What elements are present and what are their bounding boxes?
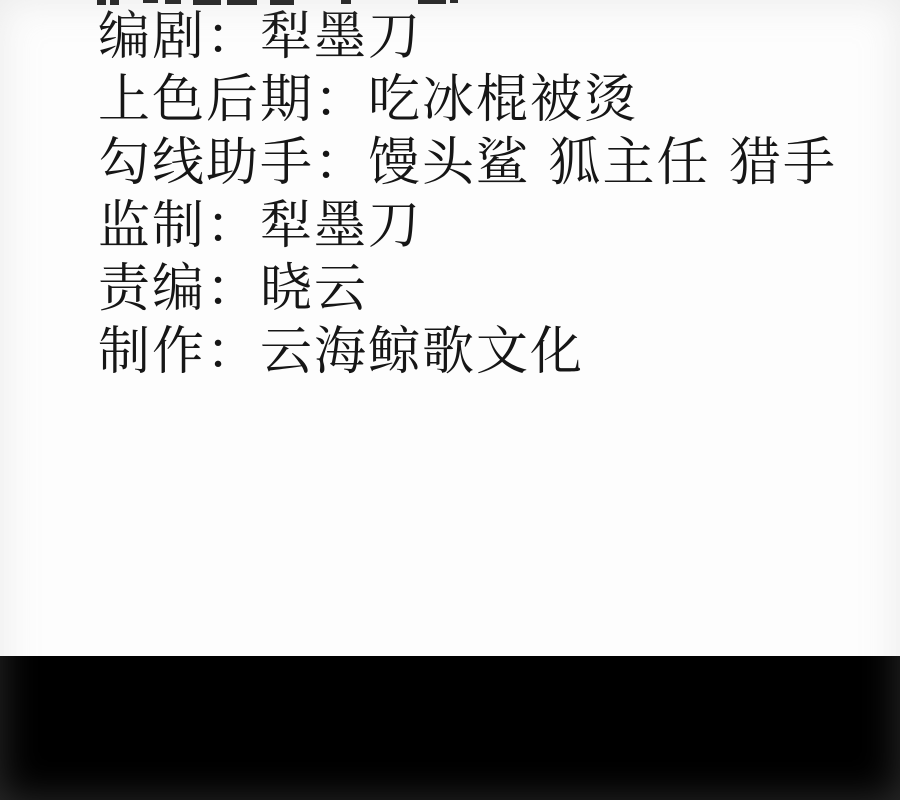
stroke-fragment [341, 0, 351, 4]
credit-line-production: 制作：云海鲸歌文化 [98, 321, 837, 384]
stroke-fragment [143, 0, 158, 3]
stroke-fragment [270, 0, 294, 5]
stroke-fragment [418, 0, 446, 4]
credits-list: 编剧：犁墨刀 上色后期：吃冰棍被烫 勾线助手：馒头鲨 狐主任 猎手 监制：犁墨刀… [98, 6, 837, 384]
bottom-black-band [0, 656, 900, 800]
credit-line-inking: 勾线助手：馒头鲨 狐主任 猎手 [98, 132, 837, 195]
stroke-fragment [165, 0, 181, 4]
credit-line-screenwriter: 编剧：犁墨刀 [98, 6, 837, 69]
credits-page: 编剧：犁墨刀 上色后期：吃冰棍被烫 勾线助手：馒头鲨 狐主任 猎手 监制：犁墨刀… [0, 0, 900, 800]
credit-line-coloring: 上色后期：吃冰棍被烫 [98, 69, 837, 132]
stroke-fragment [97, 0, 106, 5]
credit-line-editor: 责编：晓云 [98, 258, 837, 321]
stroke-fragment [193, 0, 221, 5]
stroke-fragment [110, 0, 119, 5]
credit-line-supervisor: 监制：犁墨刀 [98, 195, 837, 258]
stroke-fragment [450, 0, 458, 3]
stroke-fragment [227, 0, 257, 5]
